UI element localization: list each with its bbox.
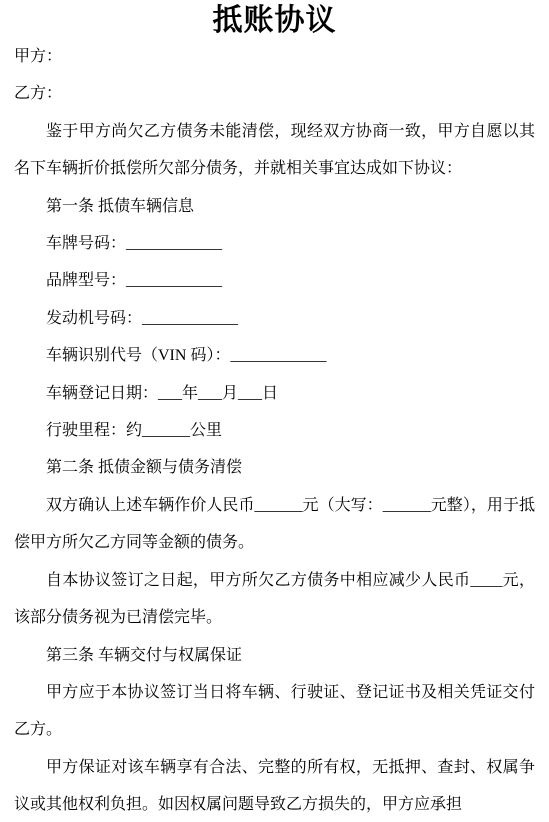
field-brand-model: 品牌型号：____________ [14, 262, 535, 299]
party-a-line: 甲方： [14, 38, 535, 75]
field-plate-number: 车牌号码：____________ [14, 225, 535, 262]
ownership-warranty-paragraph: 甲方保证对该车辆享有合法、完整的所有权，无抵押、查封、权属争议或其他权利负担。如… [14, 749, 535, 822]
field-engine-number: 发动机号码：____________ [14, 300, 535, 337]
delivery-paragraph: 甲方应于本协议签订当日将车辆、行驶证、登记证书及相关凭证交付乙方。 [14, 674, 535, 749]
section-3-heading: 第三条 车辆交付与权属保证 [14, 637, 535, 674]
party-b-line: 乙方： [14, 75, 535, 112]
valuation-paragraph: 双方确认上述车辆作价人民币______元（大写：______元整），用于抵偿甲方… [14, 487, 535, 562]
document-page: 抵账协议 甲方： 乙方： 鉴于甲方尚欠乙方债务未能清偿，现经双方协商一致，甲方自… [0, 0, 549, 822]
field-vin: 车辆识别代号（VIN 码）：____________ [14, 337, 535, 374]
document-title: 抵账协议 [14, 3, 535, 38]
preamble-paragraph: 鉴于甲方尚欠乙方债务未能清偿，现经双方协商一致，甲方自愿以其名下车辆折价抵偿所欠… [14, 113, 535, 188]
field-registration-date: 车辆登记日期：___年___月___日 [14, 375, 535, 412]
field-mileage: 行驶里程：约______公里 [14, 412, 535, 449]
debt-reduction-paragraph: 自本协议签订之日起，甲方所欠乙方债务中相应减少人民币____元，该部分债务视为已… [14, 562, 535, 637]
document-body: 甲方： 乙方： 鉴于甲方尚欠乙方债务未能清偿，现经双方协商一致，甲方自愿以其名下… [14, 38, 535, 822]
section-2-heading: 第二条 抵债金额与债务清偿 [14, 449, 535, 486]
section-1-heading: 第一条 抵债车辆信息 [14, 188, 535, 225]
